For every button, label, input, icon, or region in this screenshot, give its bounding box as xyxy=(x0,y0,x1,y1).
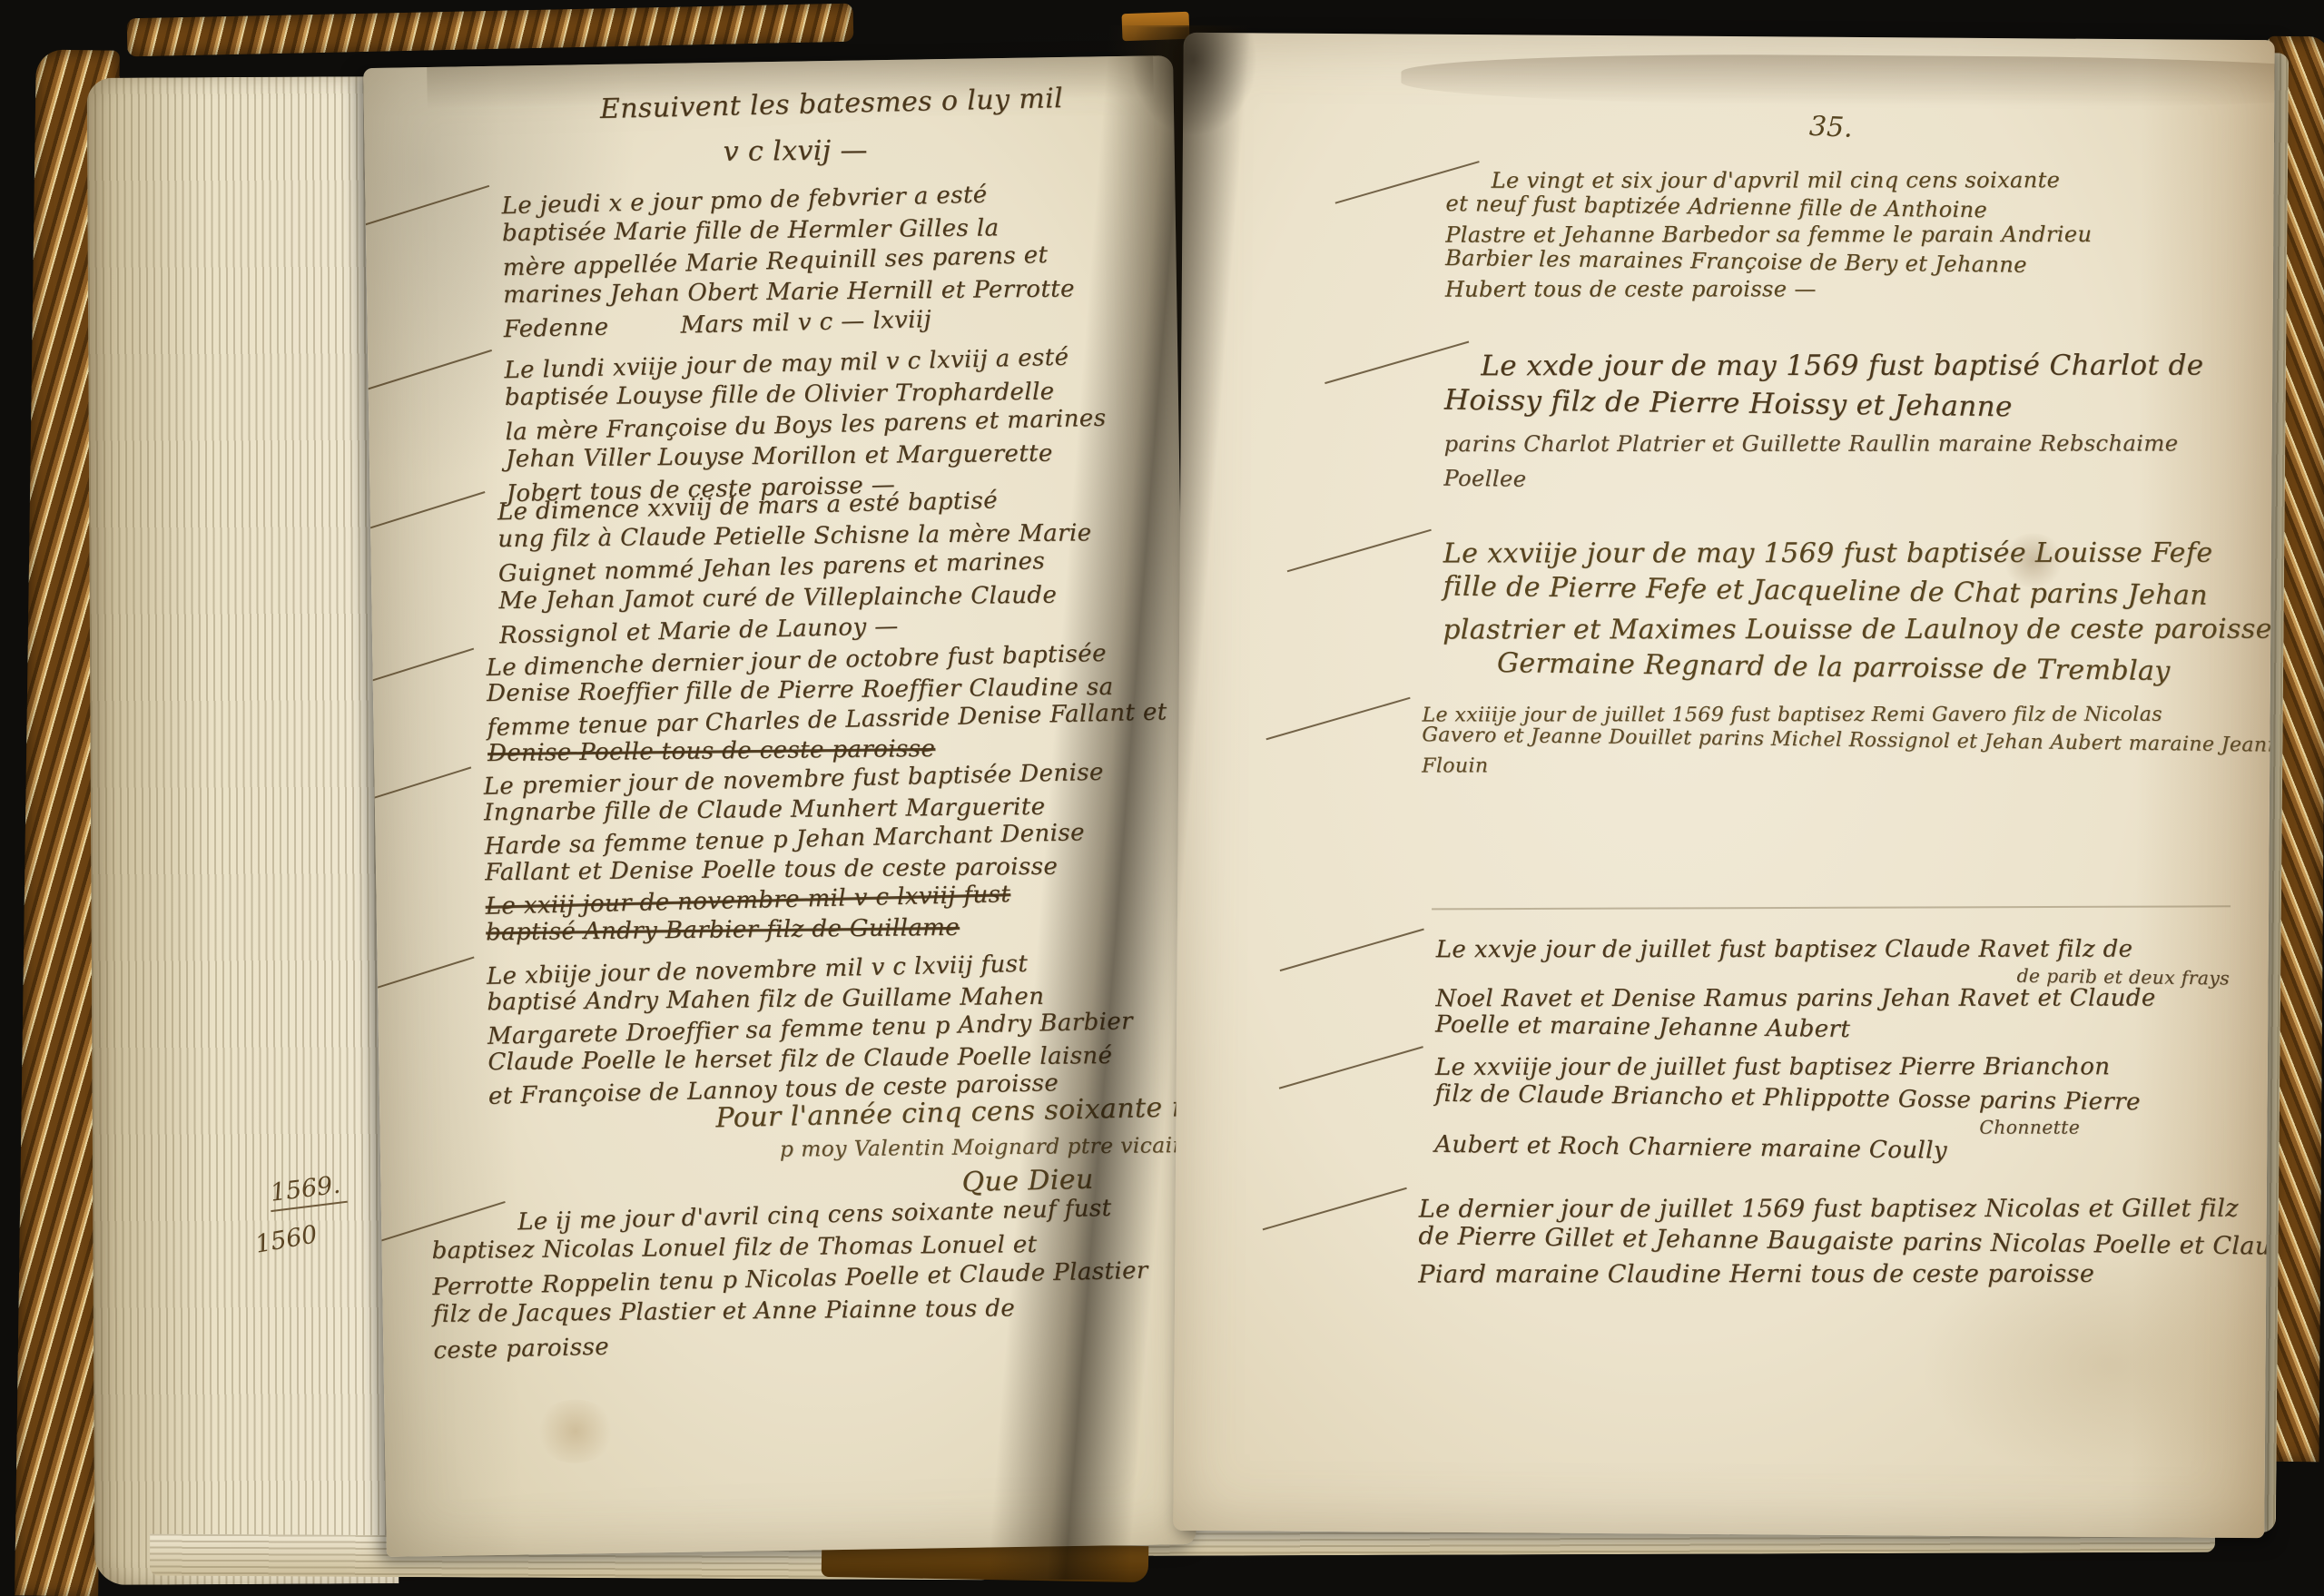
text-line: Barbier les maraines Françoise de Bery e… xyxy=(1445,244,2092,280)
text-line: Le xxviije jour de juillet fust baptisez… xyxy=(1435,1051,2141,1083)
faint-rule xyxy=(1432,905,2230,910)
page-stack-left-edge xyxy=(87,76,399,1585)
baptism-entry: Le jeudi x e jour pmo de febvrier a esté… xyxy=(501,180,1075,343)
text-line: Poelle et maraine Jehanne Aubert xyxy=(1435,1009,2230,1049)
text-line: Germaine Regnard de la parroisse de Trem… xyxy=(1497,645,2272,692)
text-line: fille de Pierre Fefe et Jacqueline de Ch… xyxy=(1443,567,2272,616)
baptism-entry: Le xxviije jour de juillet fust baptisez… xyxy=(1434,1049,2141,1167)
text-line: v c lxvij — xyxy=(723,125,1064,176)
text-line: Plastre et Jehanne Barbedor sa femme le … xyxy=(1445,221,2092,249)
text-line: plastrier et Maximes Louisse de Laulnoy … xyxy=(1443,611,2272,650)
heading-baptisms: Ensuivent les batesmes o luy milv c lxvi… xyxy=(491,77,1065,181)
baptism-entry: Le xxde jour de may 1569 fust baptisé Ch… xyxy=(1443,344,2204,506)
year-section-header: Pour l'année cinq cens soixante neufp mo… xyxy=(507,1091,1196,1207)
text-line: Piard maraine Claudine Herni tous de ces… xyxy=(1418,1258,2275,1292)
baptism-entry: Le xbiije jour de novembre mil v c lxvii… xyxy=(487,950,1135,1109)
baptism-entry: Le xxviije jour de may 1569 fust baptisé… xyxy=(1443,532,2273,690)
baptism-entry: Le lundi xviije jour de may mil v c lxvi… xyxy=(504,343,1108,507)
spine-headband xyxy=(1121,12,1189,42)
text-line: Hoissy filz de Pierre Hoissy et Jehanne xyxy=(1444,381,2204,429)
text-line: Poellee xyxy=(1443,459,2203,507)
stain xyxy=(2131,39,2275,1538)
text-line: Ensuivent les batesmes o luy mil xyxy=(599,75,1063,133)
right-page: 35. Le vingt et six jour d'apvril mil ci… xyxy=(1173,33,2274,1538)
left-page: Ensuivent les batesmes o luy milv c lxvi… xyxy=(363,55,1196,1557)
baptism-entry: Le ij me jour d'avril cinq cens soixante… xyxy=(431,1195,1149,1364)
text-line: et neuf fust baptizée Adrienne fille de … xyxy=(1445,190,2092,225)
baptism-entry: Le dimenche dernier jour de octobre fust… xyxy=(486,640,1167,771)
stain xyxy=(534,1399,616,1463)
baptism-entry: Le vingt et six jour d'apvril mil cinq c… xyxy=(1445,164,2093,305)
text-line: Le xxviije jour de may 1569 fust baptisé… xyxy=(1443,535,2273,574)
marbled-board-top xyxy=(127,4,854,57)
text-line: Le vingt et six jour d'apvril mil cinq c… xyxy=(1492,166,2093,194)
stain xyxy=(1401,52,2275,109)
text-line: Le xxde jour de may 1569 fust baptisé Ch… xyxy=(1481,347,2203,387)
baptism-entry: Le xxvje jour de juillet fust baptisez C… xyxy=(1435,931,2230,1048)
baptism-entry: Le dernier jour de juillet 1569 fust bap… xyxy=(1418,1190,2275,1295)
manuscript-photo: Ensuivent les batesmes o luy milv c lxvi… xyxy=(0,0,2324,1596)
baptism-entry: Le premier jour de novembre fust baptisé… xyxy=(483,760,1106,950)
page-number: 35. xyxy=(1808,111,1853,144)
text-line: parins Charlot Platrier et Guillette Rau… xyxy=(1444,424,2203,464)
text-line: Noel Ravet et Denise Ramus parins Jehan … xyxy=(1435,982,2229,1014)
text-line: Hubert tous de ceste paroisse — xyxy=(1445,275,2092,303)
text-line: baptisé Andry Barbier filz de Guillame xyxy=(486,911,1107,948)
text-line: Flouin xyxy=(1422,754,2275,780)
text-line: p moy Valentin Moignard ptre vicaire xyxy=(780,1127,1196,1166)
baptism-entry: Le xxiiije jour de juillet 1569 fust bap… xyxy=(1422,700,2275,783)
baptism-entry: Le dimence xxviij de mars a esté baptisé… xyxy=(497,486,1094,649)
